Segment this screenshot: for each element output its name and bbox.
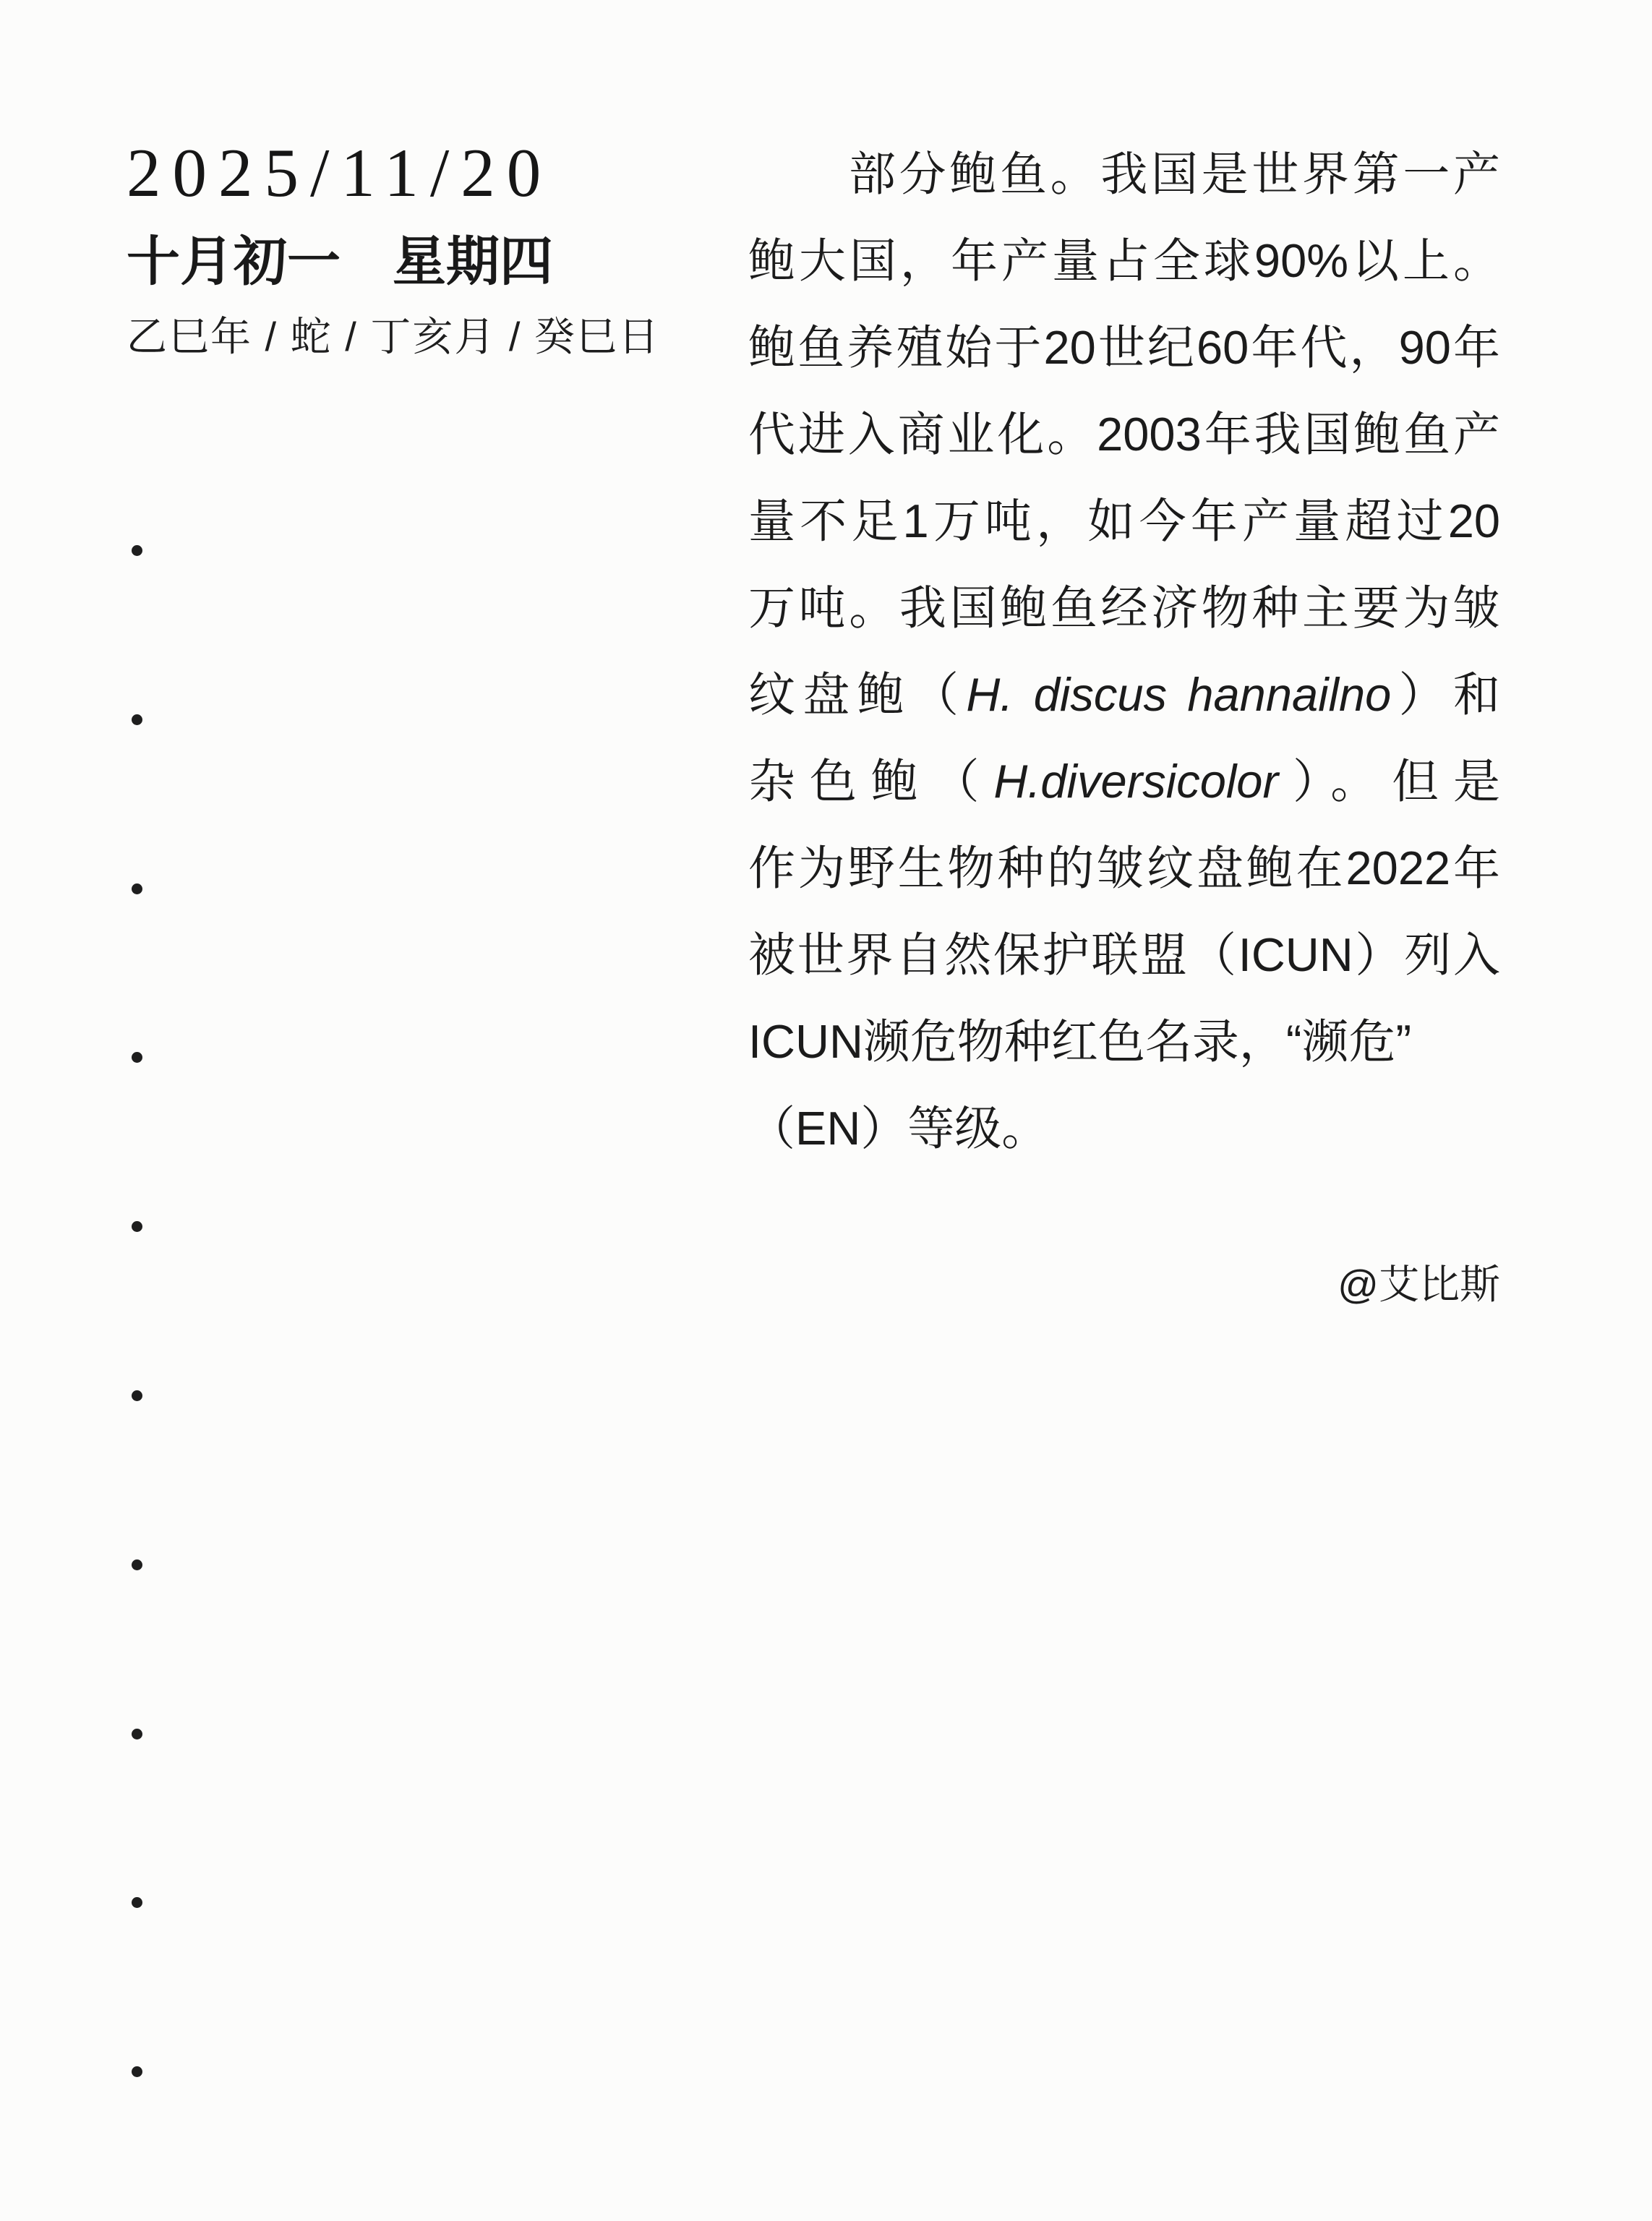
species-latin-name: H.diversicolor — [993, 755, 1278, 808]
scanned-diary-page: 2025/11/20 十月初一星期四 乙巳年 / 蛇 / 丁亥月 / 癸巳日 部… — [0, 0, 1652, 2221]
article-text-run: 部分鲍鱼。我国是世界第一产 — [849, 147, 1500, 200]
attribution: @艾比斯 — [748, 1261, 1500, 1309]
article-line: 杂色鲍（H.diversicolor）。但是 — [748, 738, 1500, 825]
margin-dot — [132, 883, 142, 894]
article-text-run: 杂色鲍（ — [748, 755, 993, 808]
margin-dot — [132, 545, 142, 556]
article-text-run: 作为野生物种的皱纹盘鲍在2022年 — [748, 842, 1500, 894]
article-line: 作为野生物种的皱纹盘鲍在2022年 — [748, 825, 1500, 912]
article-text-run: 被世界自然保护联盟（ICUN）列入 — [748, 928, 1500, 981]
margin-dot — [132, 1559, 142, 1570]
article-line: 鲍大国，年产量占全球90%以上。 — [748, 218, 1500, 304]
article-line: 部分鲍鱼。我国是世界第一产 — [748, 131, 1500, 218]
article-text: 部分鲍鱼。我国是世界第一产鲍大国，年产量占全球90%以上。鲍鱼养殖始于20世纪6… — [748, 131, 1500, 1172]
margin-dot — [132, 1052, 142, 1063]
article-text-run: 万吨。我国鲍鱼经济物种主要为皱 — [748, 581, 1500, 634]
ganzhi-calendar-line: 乙巳年 / 蛇 / 丁亥月 / 癸巳日 — [127, 311, 660, 363]
lunar-date: 十月初一 — [127, 231, 341, 291]
margin-dot — [132, 1897, 142, 1908]
article-text-run: ）和 — [1391, 668, 1500, 721]
margin-dot — [132, 1390, 142, 1401]
weekday: 星期四 — [393, 231, 553, 291]
article-line: 鲍鱼养殖始于20世纪60年代，90年 — [748, 304, 1500, 391]
margin-dot — [132, 714, 142, 725]
gregorian-date: 2025/11/20 — [127, 139, 552, 207]
article-line: ICUN濒危物种红色名录，“濒危” — [748, 998, 1500, 1085]
margin-dot — [132, 2066, 142, 2077]
article-line: 量不足1万吨，如今年产量超过20 — [748, 478, 1500, 565]
article-text-run: ICUN濒危物种红色名录，“濒危” — [748, 1015, 1411, 1068]
article-text-run: 量不足1万吨，如今年产量超过20 — [748, 495, 1500, 547]
margin-dot — [132, 1729, 142, 1739]
species-latin-name: H. discus hannailno — [966, 668, 1391, 721]
lunar-date-line: 十月初一星期四 — [127, 233, 553, 291]
margin-dot — [132, 1221, 142, 1232]
article-line: 纹盘鲍（H. discus hannailno）和 — [748, 651, 1500, 738]
article-text-run: ）。但是 — [1278, 755, 1500, 808]
article-text-run: （EN）等级。 — [748, 1102, 1048, 1155]
article-text-run: 代进入商业化。2003年我国鲍鱼产 — [748, 408, 1500, 461]
article-line: 被世界自然保护联盟（ICUN）列入 — [748, 912, 1500, 998]
article-text-run: 纹盘鲍（ — [748, 668, 966, 721]
article-line: 代进入商业化。2003年我国鲍鱼产 — [748, 391, 1500, 478]
article-text-run: 鲍鱼养殖始于20世纪60年代，90年 — [748, 321, 1500, 374]
article-line: （EN）等级。 — [748, 1085, 1500, 1172]
article-line: 万吨。我国鲍鱼经济物种主要为皱 — [748, 565, 1500, 651]
article-text-run: 鲍大国，年产量占全球90%以上。 — [748, 234, 1500, 287]
